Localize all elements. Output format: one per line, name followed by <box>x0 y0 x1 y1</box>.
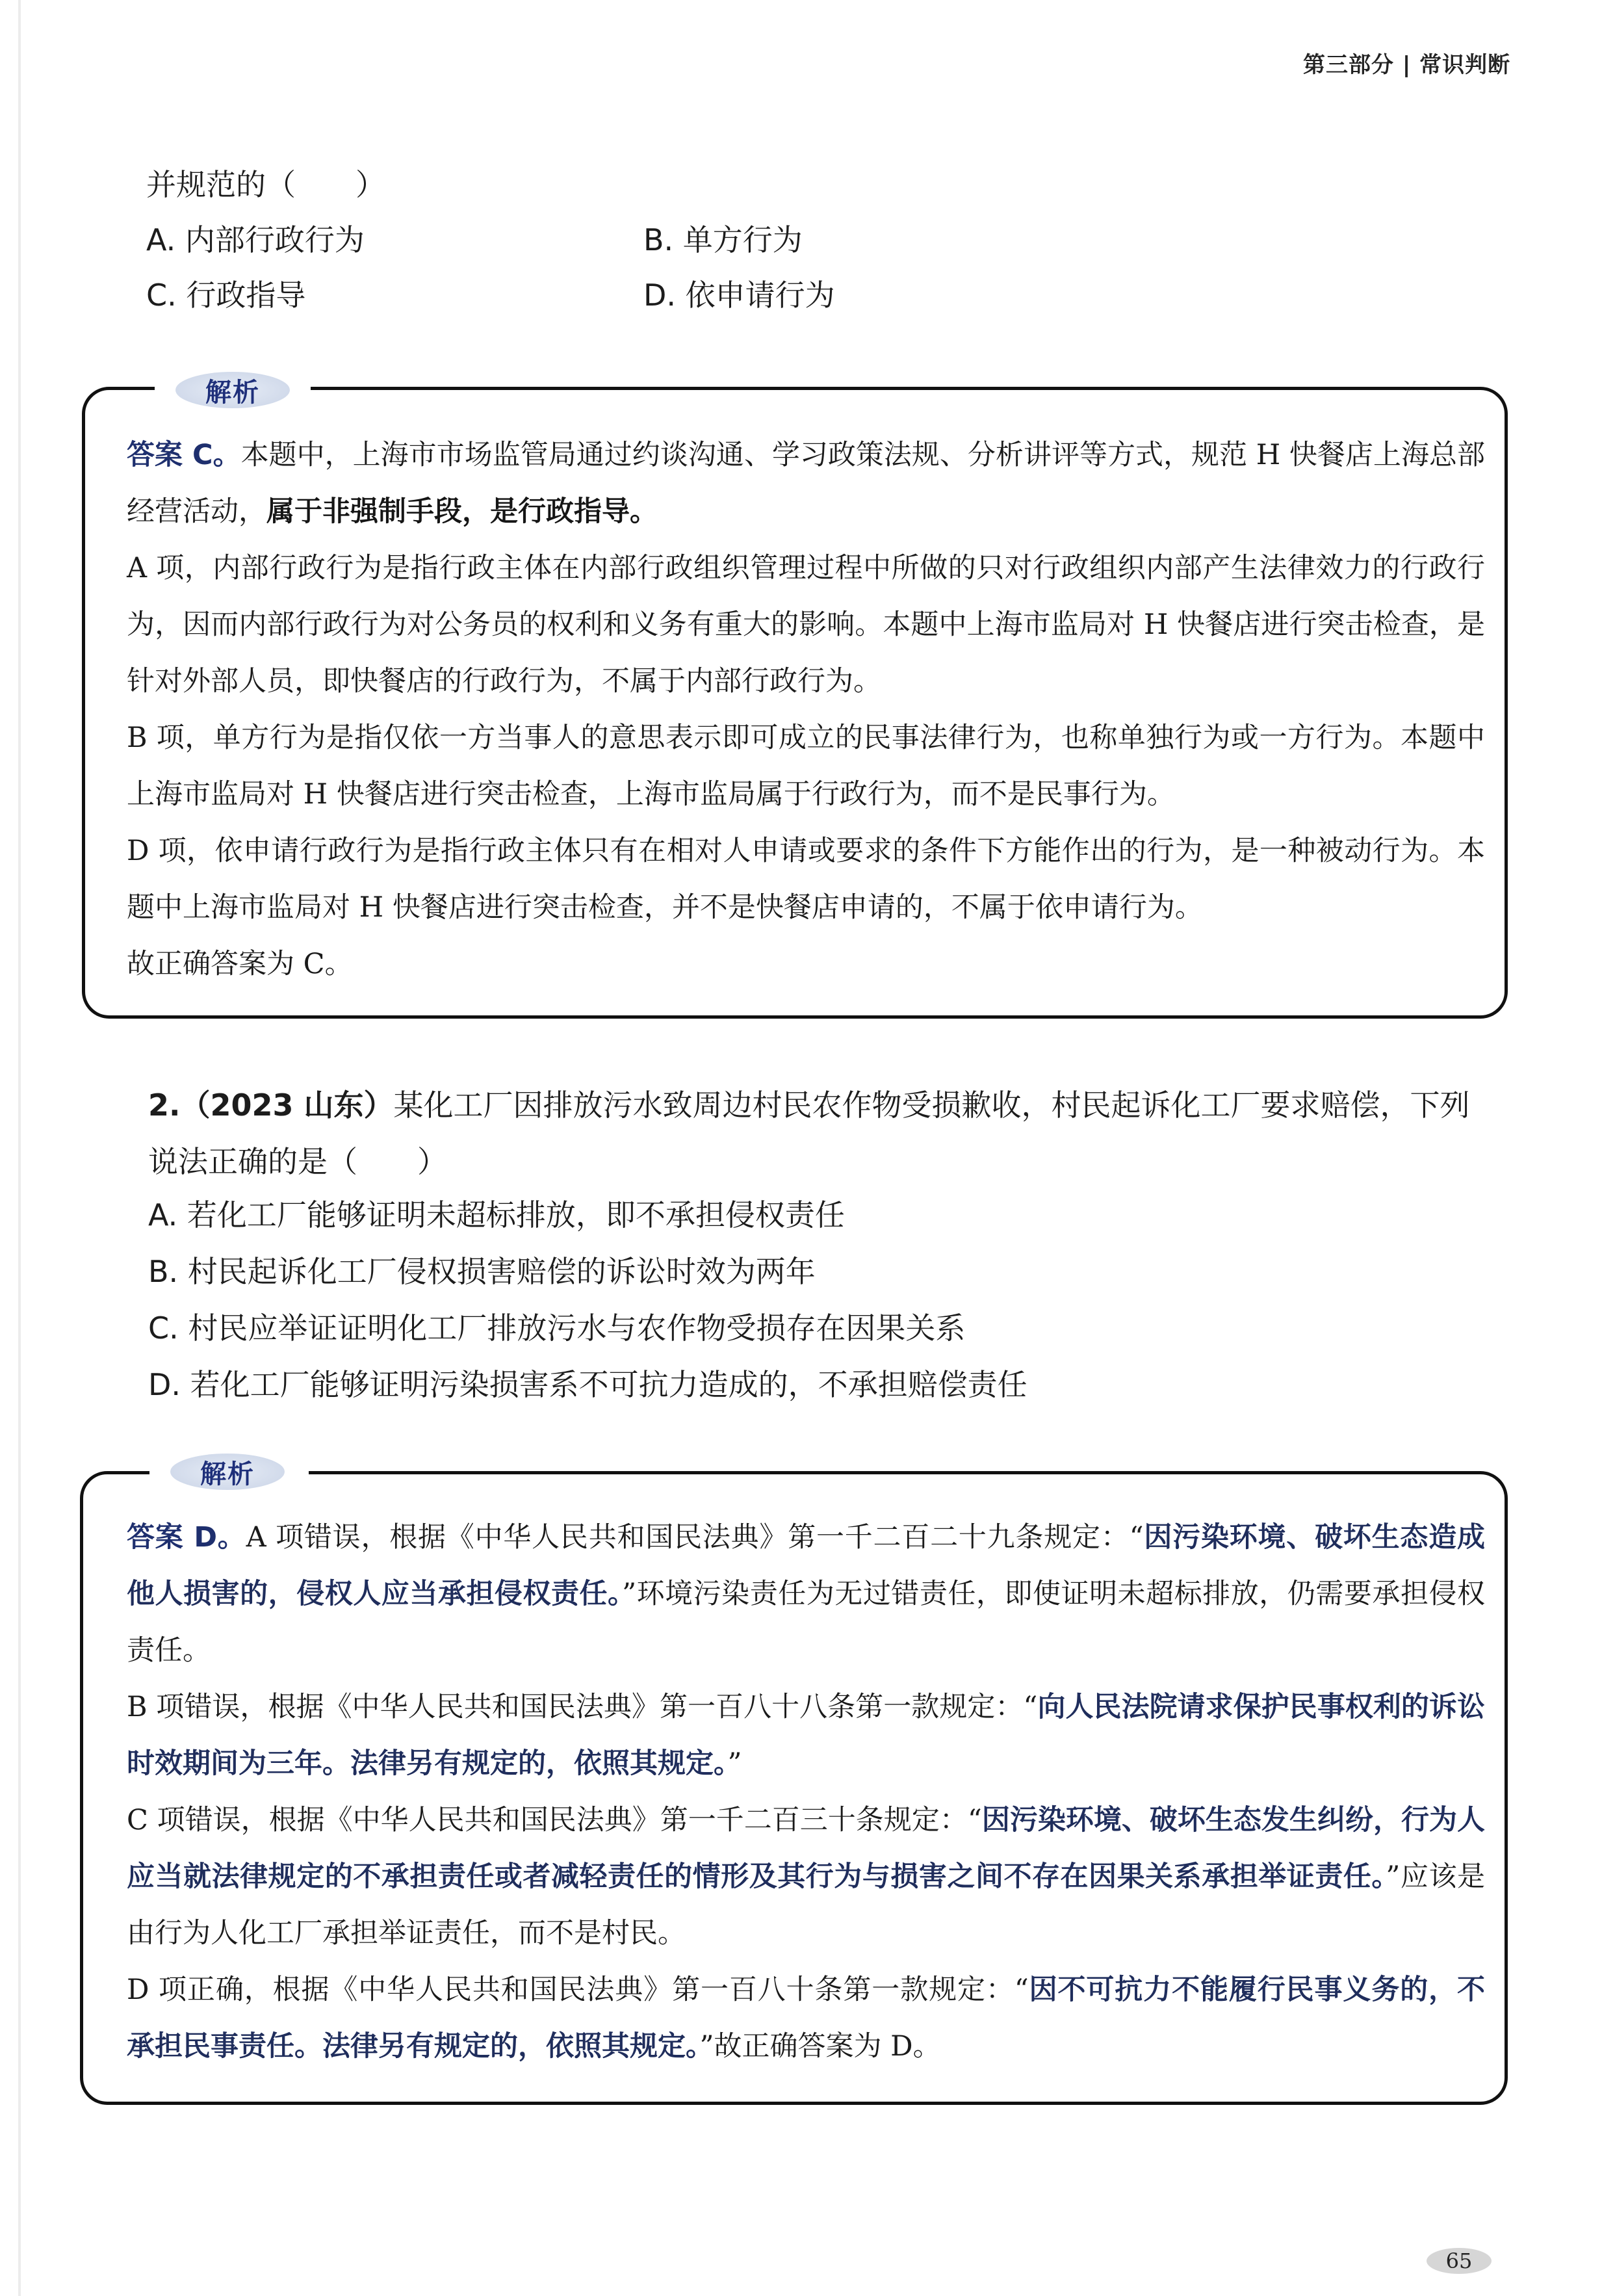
answer-label: 答案 C。 <box>127 439 241 471</box>
analysis1-paragraph-a: A 项，内部行政行为是指行政主体在内部行政组织管理过程中所做的只对行政组织内部产… <box>127 540 1485 710</box>
page-number: 65 <box>1427 2248 1492 2274</box>
question2-option-b: B. 村民起诉化工厂侵权损害赔偿的诉讼时效为两年 <box>148 1248 816 1291</box>
analysis1-conclusion: 故正确答案为 C。 <box>127 936 1485 993</box>
running-header: 第三部分 | 常识判断 <box>1303 47 1510 79</box>
analysis1-paragraph-d: D 项，依申请行政行为是指行政主体只有在相对人申请或要求的条件下方能作出的行为，… <box>127 823 1485 936</box>
question1-stem-tail: 并规范的（ ） <box>146 161 385 204</box>
analysis-text: A 项错误，根据《中华人民共和国民法典》第一千二百二十九条规定：“ <box>246 1521 1144 1554</box>
analysis1-paragraph-1: 答案 C。本题中，上海市市场监管局通过约谈沟通、学习政策法规、分析讲评等方式，规… <box>127 427 1485 540</box>
question2-option-d: D. 若化工厂能够证明污染损害系不可抗力造成的，不承担赔偿责任 <box>148 1361 1027 1404</box>
question1-option-c: C. 行政指导 <box>146 272 305 315</box>
analysis2-paragraph-a: 答案 D。A 项错误，根据《中华人民共和国民法典》第一千二百二十九条规定：“因污… <box>127 1509 1485 1679</box>
analysis-badge-1: 解析 <box>175 372 290 408</box>
analysis1-paragraph-b: B 项，单方行为是指仅依一方当事人的意思表示即可成立的民事法律行为，也称单独行为… <box>127 710 1485 823</box>
analysis-text: C 项错误，根据《中华人民共和国民法典》第一千二百三十条规定：“ <box>127 1804 982 1836</box>
page-edge-shadow <box>18 0 21 2296</box>
question1-option-b: B. 单方行为 <box>643 216 803 259</box>
question1-option-a: A. 内部行政行为 <box>146 216 365 259</box>
analysis2-paragraph-c: C 项错误，根据《中华人民共和国民法典》第一千二百三十条规定：“因污染环境、破坏… <box>127 1792 1485 1962</box>
analysis-badge-2: 解析 <box>170 1454 285 1490</box>
question2-number: 2.（2023 山东） <box>148 1088 394 1123</box>
analysis2-paragraph-b: B 项错误，根据《中华人民共和国民法典》第一百八十八条第一款规定：“向人民法院请… <box>127 1679 1485 1792</box>
analysis-text: ”故正确答案为 D。 <box>700 2030 941 2063</box>
key-conclusion: 属于非强制手段，是行政指导。 <box>266 495 658 528</box>
analysis-text: B 项错误，根据《中华人民共和国民法典》第一百八十八条第一款规定：“ <box>127 1691 1037 1723</box>
analysis2-paragraph-d: D 项正确，根据《中华人民共和国民法典》第一百八十条第一款规定：“因不可抗力不能… <box>127 1962 1485 2075</box>
analysis-text: ” <box>728 1747 742 1780</box>
question2-stem: 2.（2023 山东）某化工厂因排放污水致周边村民农作物受损歉收，村民起诉化工厂… <box>148 1077 1493 1190</box>
question1-option-d: D. 依申请行为 <box>643 272 835 315</box>
analysis-text: D 项正确，根据《中华人民共和国民法典》第一百八十条第一款规定：“ <box>127 1974 1029 2006</box>
answer-label: 答案 D。 <box>127 1521 246 1554</box>
question2-option-a: A. 若化工厂能够证明未超标排放，即不承担侵权责任 <box>148 1192 845 1234</box>
question2-option-c: C. 村民应举证证明化工厂排放污水与农作物受损存在因果关系 <box>148 1305 965 1348</box>
